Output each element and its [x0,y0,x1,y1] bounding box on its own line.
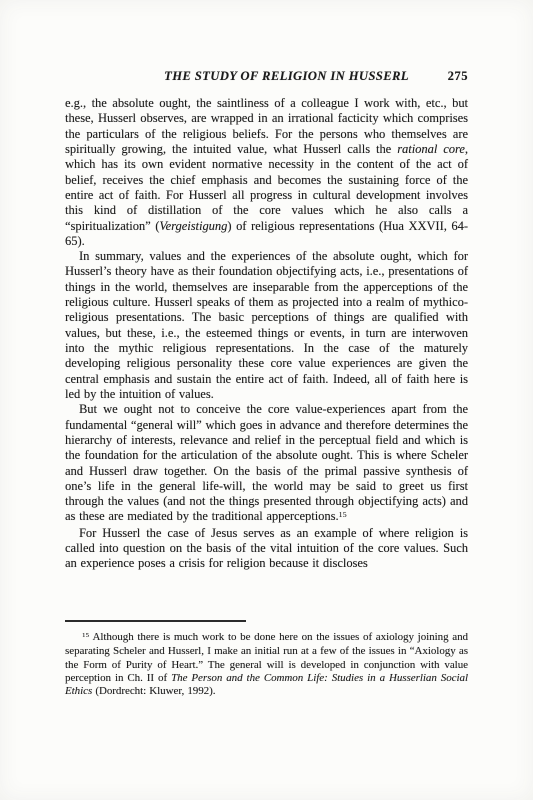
running-header: THE STUDY OF RELIGION IN HUSSERL 275 [65,69,468,85]
text-run: (Dordrecht: Kluwer, 1992). [92,685,215,697]
paragraph-1: e.g., the absolute ought, the saintlines… [65,96,468,249]
running-header-title: THE STUDY OF RELIGION IN HUSSERL [65,69,468,83]
paragraph-2: In summary, values and the experiences o… [65,249,468,402]
footnote-separator [65,620,246,622]
text-run: But we ought not to conceive the core va… [65,402,468,523]
footnote-reference: 15 [339,510,347,519]
book-page: THE STUDY OF RELIGION IN HUSSERL 275 e.g… [0,0,533,800]
paragraph-4: For Husserl the case of Jesus serves as … [65,526,468,572]
body-text: e.g., the absolute ought, the saintlines… [65,96,468,572]
italic-term-rational-core: rational core [397,142,465,156]
footnote: 15 Although there is much work to be don… [65,631,468,699]
paragraph-3: But we ought not to conceive the core va… [65,402,468,526]
page-number: 275 [448,69,468,83]
footnote-marker: 15 [82,632,89,639]
italic-term-vergeistigung: Vergeistigung [159,219,227,233]
